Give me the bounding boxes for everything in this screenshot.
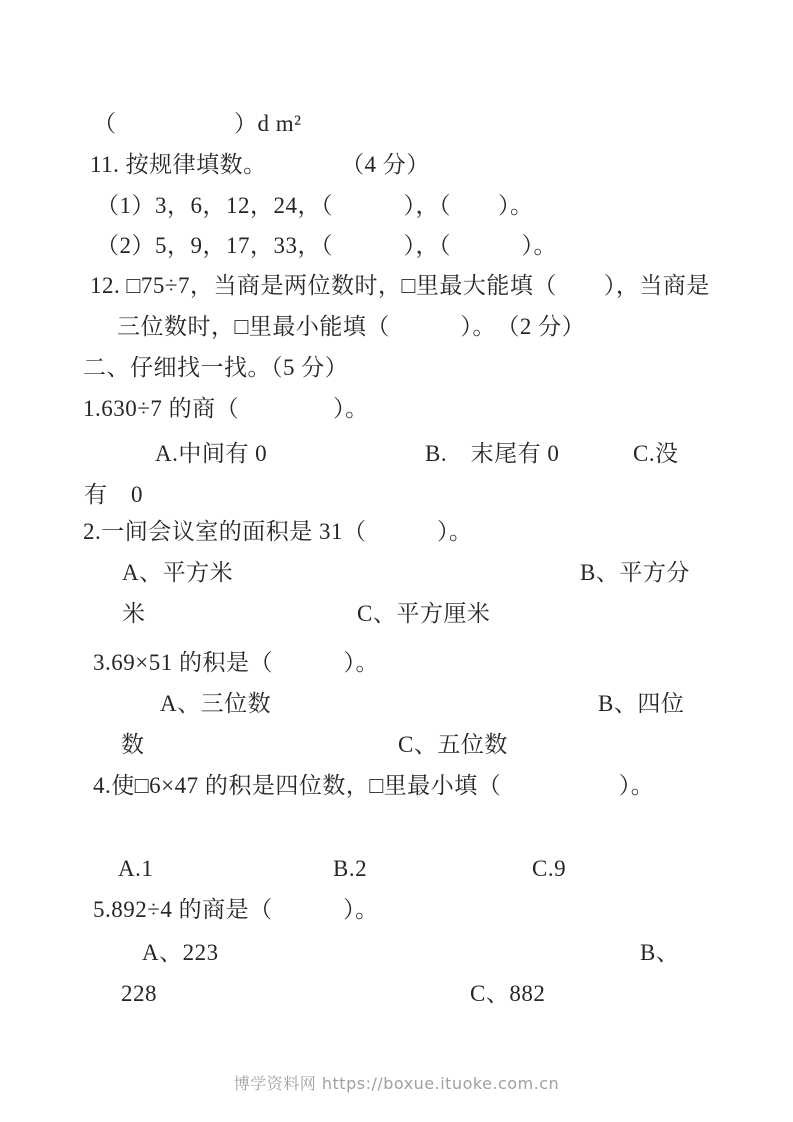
mc3-stem: 3.69×51 的积是（ ）。 <box>93 648 379 678</box>
mc5-option-a: A、223 <box>142 938 219 968</box>
mc2-option-b-head: B、平方分 <box>580 558 690 588</box>
mc3-option-c: C、五位数 <box>398 730 508 760</box>
mc1-option-c-wrap: 有 0 <box>84 480 143 510</box>
mc4-option-a: A.1 <box>118 854 153 884</box>
mc5-option-b-wrap: 228 <box>121 979 157 1009</box>
mc5-option-b-head: B、 <box>640 938 679 968</box>
mc5-option-c: C、882 <box>470 979 545 1009</box>
question-11-sub2: （2）5，9，17，33，（ ），（ ）。 <box>96 231 557 261</box>
mc4-option-c: C.9 <box>532 854 566 884</box>
mc1-stem: 1.630÷7 的商（ ）。 <box>83 394 369 424</box>
question-11-sub1: （1）3，6，12，24，（ ），（ ）。 <box>96 191 534 221</box>
exam-page: （ ）d m² 11. 按规律填数。 （4 分） （1）3，6，12，24，（ … <box>0 0 793 1122</box>
mc1-option-c-head: C.没 <box>633 439 679 469</box>
mc4-stem: 4.使□6×47 的积是四位数，□里最小填（ ）。 <box>93 771 654 801</box>
mc1-option-b: B. 末尾有 0 <box>425 439 559 469</box>
mc2-option-a: A、平方米 <box>122 558 233 588</box>
mc3-option-b-wrap: 数 <box>121 730 145 760</box>
unit-blank-line: （ ）d m² <box>93 109 302 139</box>
section-2-title: 二、仔细找一找。（5 分） <box>83 353 348 383</box>
mc2-option-c: C、平方厘米 <box>357 599 490 629</box>
mc2-stem: 2.一间会议室的面积是 31（ ）。 <box>83 517 473 547</box>
mc3-option-b-head: B、四位 <box>598 689 684 719</box>
mc2-option-b-wrap: 米 <box>122 599 146 629</box>
question-12-line2: 三位数时，□里最小能填（ ）。 （2 分） <box>117 312 585 342</box>
mc5-stem: 5.892÷4 的商是（ ）。 <box>93 895 379 925</box>
question-12-line1: 12. □75÷7，当商是两位数时，□里最大能填（ ），当商是 <box>90 271 710 301</box>
mc4-option-b: B.2 <box>333 854 367 884</box>
question-11-stem: 11. 按规律填数。 <box>90 150 267 180</box>
mc1-option-a: A.中间有 0 <box>155 439 267 469</box>
footer-watermark: 博学资料网 https://boxue.ituoke.com.cn <box>0 1071 793 1094</box>
footer-site-text: 博学资料网 https://boxue.ituoke.com.cn <box>234 1074 559 1093</box>
question-11-score: （4 分） <box>341 150 430 180</box>
mc3-option-a: A、三位数 <box>160 689 271 719</box>
